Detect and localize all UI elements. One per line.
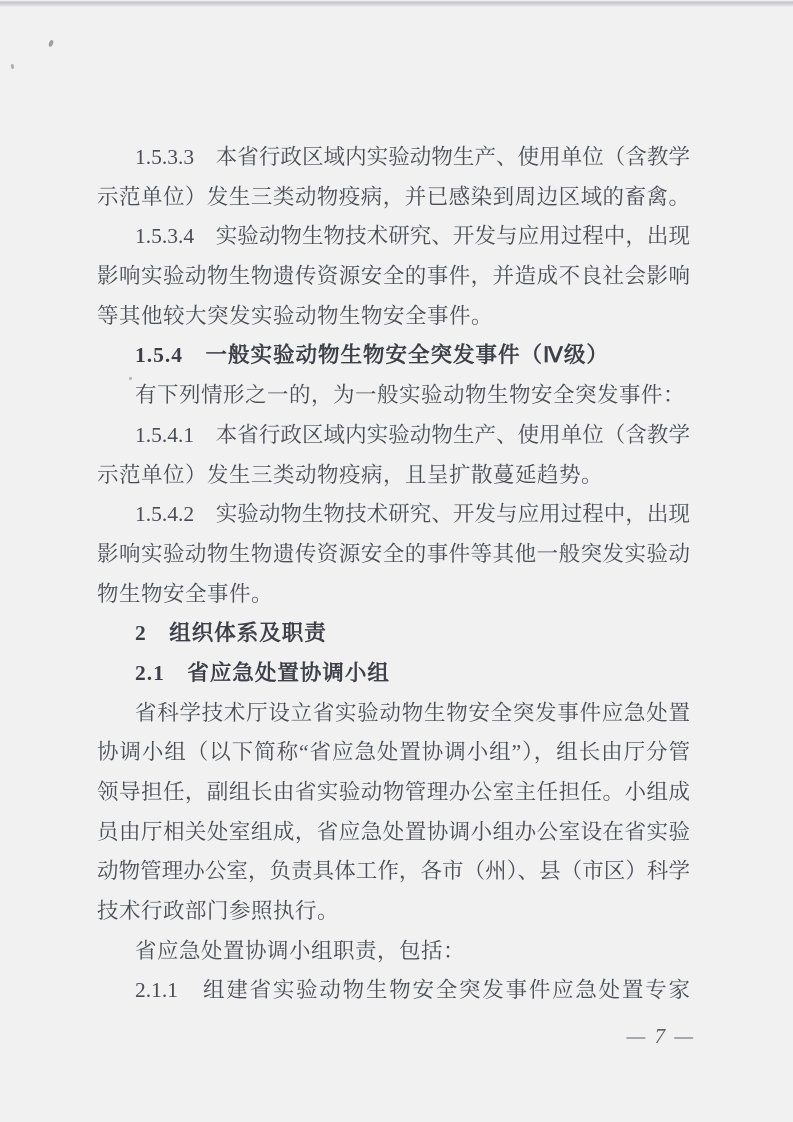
text-line: 1.5.3.4 实验动物生物技术研究、开发与应用过程中，出现 [97, 217, 690, 257]
text-line: 领导担任，副组长由省实验动物管理办公室主任担任。小组成 [97, 773, 690, 813]
text-line: 1.5.4.2 实验动物生物技术研究、开发与应用过程中，出现 [97, 495, 690, 535]
text-line: 有下列情形之一的，为一般实验动物生物安全突发事件： [97, 376, 690, 416]
heading-line: 2 组织体系及职责 [97, 614, 690, 654]
text-line: 2.1.1 组建省实验动物生物安全突发事件应急处置专家 [97, 971, 690, 1011]
text-line: 影响实验动物生物遗传资源安全的事件等其他一般突发实验动 [97, 535, 690, 575]
text-line: 协调小组（以下简称“省应急处置协调小组”），组长由厅分管 [97, 733, 690, 773]
scan-speck [48, 40, 54, 48]
text-line: 技术行政部门参照执行。 [97, 892, 690, 932]
text-line: 1.5.3.3 本省行政区域内实验动物生产、使用单位（含教学 [97, 138, 690, 178]
text-line: 示范单位）发生三类动物疫病，并已感染到周边区域的畜禽。 [97, 178, 690, 218]
page-number: — 7 — [627, 1024, 695, 1049]
document-body: 1.5.3.3 本省行政区域内实验动物生产、使用单位（含教学示范单位）发生三类动… [97, 138, 690, 1011]
text-line: 物生物安全事件。 [97, 575, 690, 615]
scan-top-edge [0, 0, 793, 7]
text-line: 影响实验动物生物遗传资源安全的事件，并造成不良社会影响 [97, 257, 690, 297]
text-line: 示范单位）发生三类动物疫病，且呈扩散蔓延趋势。 [97, 456, 690, 496]
text-line: 省科学技术厅设立省实验动物生物安全突发事件应急处置 [97, 694, 690, 734]
text-line: 动物管理办公室，负责具体工作，各市（州）、县（市区）科学 [97, 852, 690, 892]
text-line: 等其他较大突发实验动物生物安全事件。 [97, 297, 690, 337]
text-line: 1.5.4.1 本省行政区域内实验动物生产、使用单位（含教学 [97, 416, 690, 456]
text-line: 省应急处置协调小组职责，包括： [97, 932, 690, 972]
scan-speck [11, 64, 15, 70]
text-line: 员由厅相关处室组成，省应急处置协调小组办公室设在省实验 [97, 813, 690, 853]
heading-line: 2.1 省应急处置协调小组 [97, 654, 690, 694]
scanned-page: 1.5.3.3 本省行政区域内实验动物生产、使用单位（含教学示范单位）发生三类动… [0, 0, 793, 1122]
heading-line: 1.5.4 一般实验动物生物安全突发事件（Ⅳ级） [97, 336, 690, 376]
